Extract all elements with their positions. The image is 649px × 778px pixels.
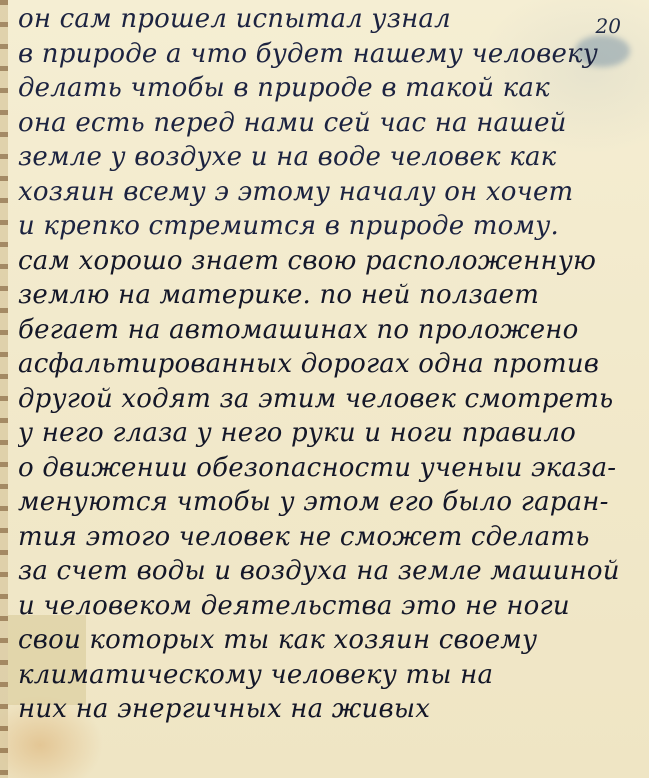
text-line: бегает на автомашинах по проложено [18, 313, 629, 348]
text-line: о движении обезопасности ученыи эказа- [18, 451, 629, 486]
spiral-binding [0, 0, 8, 778]
text-line: менуются чтобы у этом его было гаран- [18, 485, 629, 520]
text-line: и человеком деятельства это не ноги [18, 589, 629, 624]
text-line: них на энергичных на живых [18, 692, 629, 727]
text-line: свои которых ты как хозяин своему [18, 623, 629, 658]
text-line: земле у воздухе и на воде человек как [18, 140, 629, 175]
handwritten-text-block: он сам прошел испытал узнал в природе а … [18, 2, 629, 727]
text-line: климатическому человеку ты на [18, 658, 629, 693]
manuscript-page: 20 он сам прошел испытал узнал в природе… [0, 0, 649, 778]
text-line: у него глаза у него руки и ноги правило [18, 416, 629, 451]
text-line: хозяин всему э этому началу он хочет [18, 175, 629, 210]
text-line: за счет воды и воздуха на земле машиной [18, 554, 629, 589]
text-line: другой ходят за этим человек смотреть [18, 382, 629, 417]
text-line: в природе а что будет нашему человеку [18, 37, 629, 72]
text-line: тия этого человек не сможет сделать [18, 520, 629, 555]
text-line: сам хорошо знает свою расположенную [18, 244, 629, 279]
text-line: она есть перед нами сей час на нашей [18, 106, 629, 141]
text-line: и крепко стремится в природе тому. [18, 209, 629, 244]
text-line: делать чтобы в природе в такой как [18, 71, 629, 106]
text-line: асфальтированных дорогах одна против [18, 347, 629, 382]
text-line: он сам прошел испытал узнал [18, 2, 629, 37]
text-line: землю на материке. по ней ползает [18, 278, 629, 313]
